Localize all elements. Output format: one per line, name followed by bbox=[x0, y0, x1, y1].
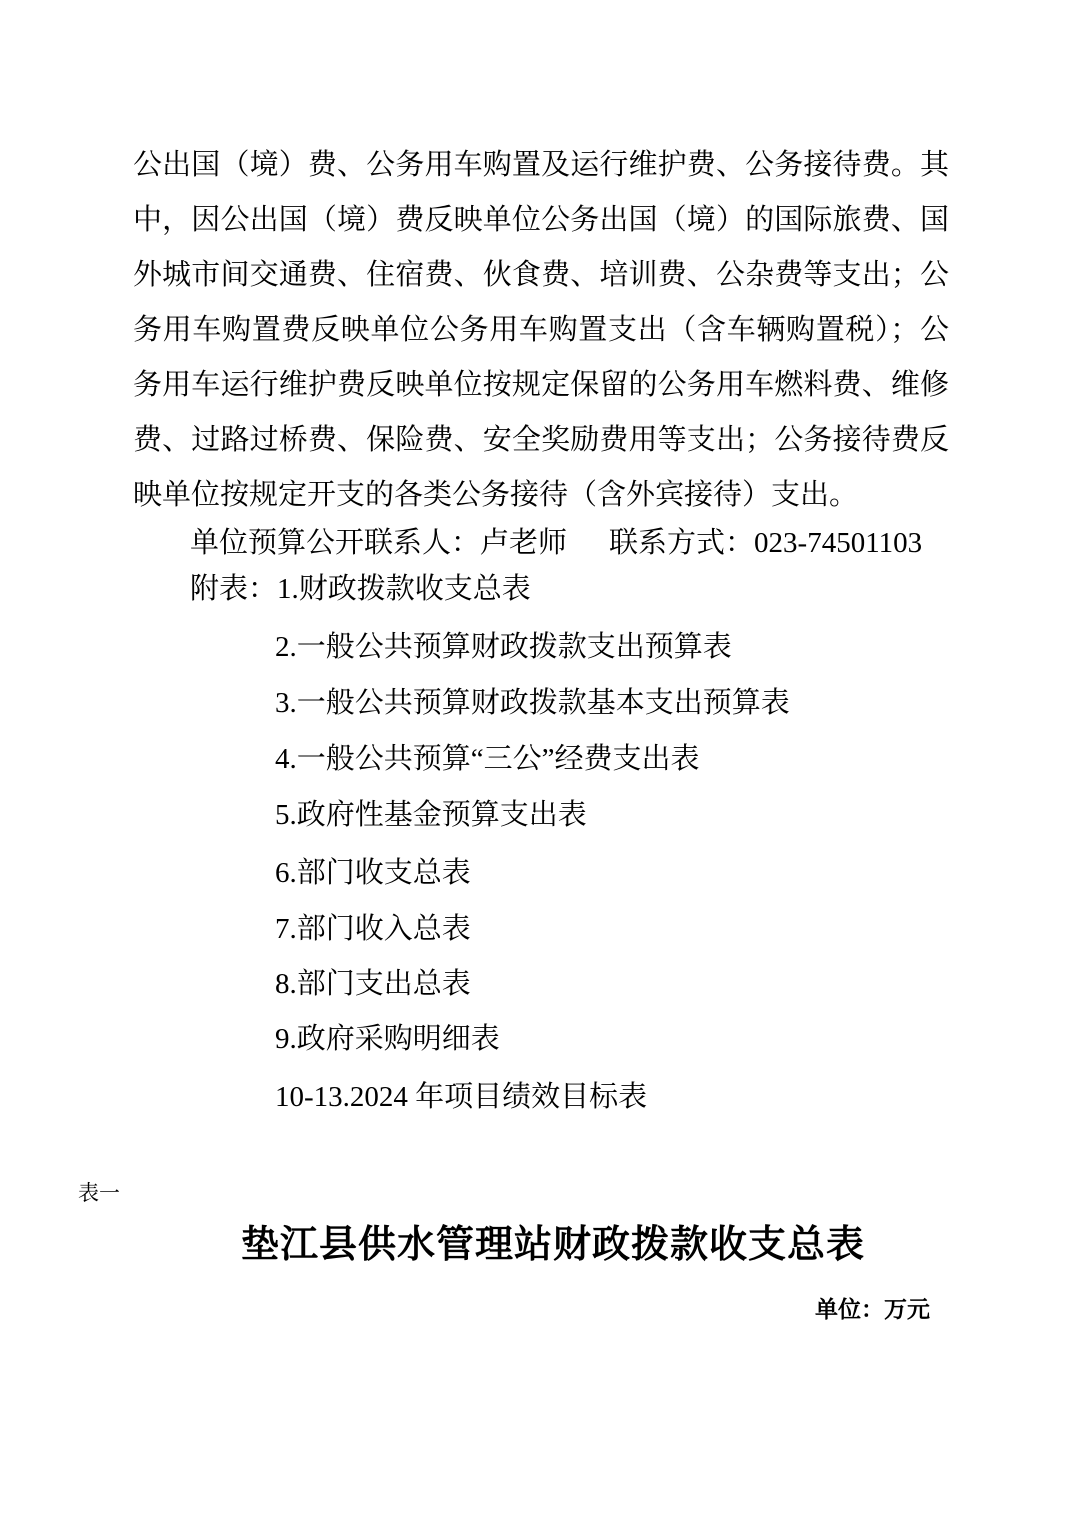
attachment-prefix: 附表： bbox=[190, 573, 277, 605]
attachment-item: 5.政府性基金预算支出表 bbox=[275, 788, 587, 843]
attachment-item: 9.政府采购明细表 bbox=[275, 1012, 500, 1067]
attachment-item: 2.一般公共预算财政拨款支出预算表 bbox=[275, 620, 732, 675]
table-title: 垫江县供水管理站财政拨款收支总表 bbox=[133, 1222, 973, 1268]
attachment-item: 1.财政拨款收支总表 bbox=[277, 573, 531, 605]
attachment-item: 8.部门支出总表 bbox=[275, 957, 471, 1012]
document-page: 公出国（境）费、公务用车购置及运行维护费、公务接待费。其 中，因公出国（境）费反… bbox=[0, 0, 1074, 1520]
attachment-list-line-1: 附表：1.财政拨款收支总表 bbox=[190, 562, 531, 617]
unit-note: 单位：万元 bbox=[815, 1295, 930, 1325]
paragraph-line: 务用车运行维护费反映单位按规定保留的公务用车燃料费、维修 bbox=[133, 358, 949, 413]
attachment-item: 6.部门收支总表 bbox=[275, 846, 471, 901]
paragraph-line: 中，因公出国（境）费反映单位公务出国（境）的国际旅费、国 bbox=[133, 193, 949, 248]
contact-name: 卢老师 bbox=[480, 527, 567, 559]
attachment-item: 4.一般公共预算“三公”经费支出表 bbox=[275, 732, 700, 787]
paragraph-line: 外城市间交通费、住宿费、伙食费、培训费、公杂费等支出；公 bbox=[133, 248, 949, 303]
contact-phone: 023-74501103 bbox=[754, 527, 922, 559]
contact-label: 单位预算公开联系人： bbox=[190, 527, 480, 559]
attachment-item: 10-13.2024 年项目绩效目标表 bbox=[275, 1070, 647, 1125]
table-number-label: 表一 bbox=[78, 1180, 120, 1206]
contact-phone-label: 联系方式： bbox=[609, 527, 754, 559]
attachment-item: 7.部门收入总表 bbox=[275, 902, 471, 957]
body-paragraph: 公出国（境）费、公务用车购置及运行维护费、公务接待费。其 中，因公出国（境）费反… bbox=[133, 138, 949, 523]
paragraph-line: 公出国（境）费、公务用车购置及运行维护费、公务接待费。其 bbox=[133, 138, 949, 193]
paragraph-line: 费、过路过桥费、保险费、安全奖励费用等支出；公务接待费反 bbox=[133, 413, 949, 468]
paragraph-line: 映单位按规定开支的各类公务接待（含外宾接待）支出。 bbox=[133, 468, 949, 523]
attachment-item: 3.一般公共预算财政拨款基本支出预算表 bbox=[275, 676, 790, 731]
paragraph-line: 务用车购置费反映单位公务用车购置支出（含车辆购置税）；公 bbox=[133, 303, 949, 358]
